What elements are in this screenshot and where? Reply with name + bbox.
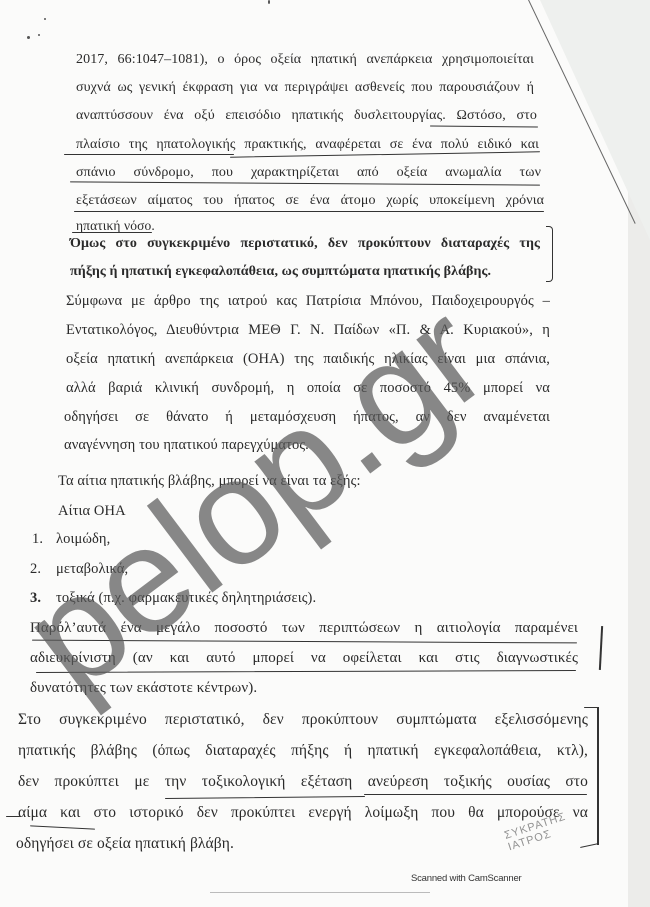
text-line: εξετάσεων αίματος του ήπατος σε ένα άτομ…: [76, 191, 544, 211]
handwritten-underline: [74, 211, 544, 212]
text-line: αίμα και στο ιστορικό δεν προκύπτει ενερ…: [18, 803, 588, 823]
text-line: πήξης ή ηπατική εγκεφαλοπάθεια, ως συμπτ…: [70, 262, 491, 282]
scanned-page: 2017, 66:1047–1081), ο όρος οξεία ηπατικ…: [0, 0, 650, 907]
handwritten-bracket: [546, 226, 553, 282]
handwritten-underline: [30, 825, 95, 830]
text-line: συχνά ως γενική έκφραση για να περιγράψε…: [76, 78, 534, 98]
handwritten-bracket-side: [597, 707, 599, 845]
page-corner-fold: [540, 0, 650, 240]
handwritten-margin-mark: [599, 626, 603, 670]
text-line: Όμως στο συγκεκριμένο περιστατικό, δεν π…: [70, 234, 540, 254]
list-number: 1.: [32, 529, 43, 549]
text-line: 2017, 66:1047–1081), ο όρος οξεία ηπατικ…: [76, 50, 534, 70]
handwritten-underline: [430, 126, 538, 128]
bottom-rule: [210, 892, 430, 893]
text-line: Εντατικολόγος, Διευθύντρια ΜΕΘ Γ. Ν. Παί…: [66, 320, 550, 340]
handwritten-underline: [364, 794, 587, 795]
handwritten-underline: [165, 796, 365, 799]
camscanner-footer: Scanned with CamScanner: [411, 873, 522, 884]
text-line: αναπτύσσουν ένα οξύ επεισόδιο ηπατικής δ…: [76, 106, 537, 126]
text-line: δεν προκύπτει με την τοξικολογική εξέτασ…: [18, 772, 588, 792]
text-line: σπάνιο σύνδρομο, που χαρακτηρίζεται από …: [76, 163, 541, 183]
handwritten-underline: [64, 154, 234, 155]
handwritten-bracket-bottom: [580, 843, 599, 848]
text-line: Σύμφωνα με άρθρο της ιατρού κας Πατρίσια…: [66, 291, 550, 311]
handwritten-bracket-top: [584, 707, 598, 708]
text-line: οδηγήσει σε οξεία ηπατική βλάβη.: [16, 834, 234, 854]
text-line: ηπατικής βλάβης (όπως διαταραχές πήξης ή…: [18, 741, 588, 761]
